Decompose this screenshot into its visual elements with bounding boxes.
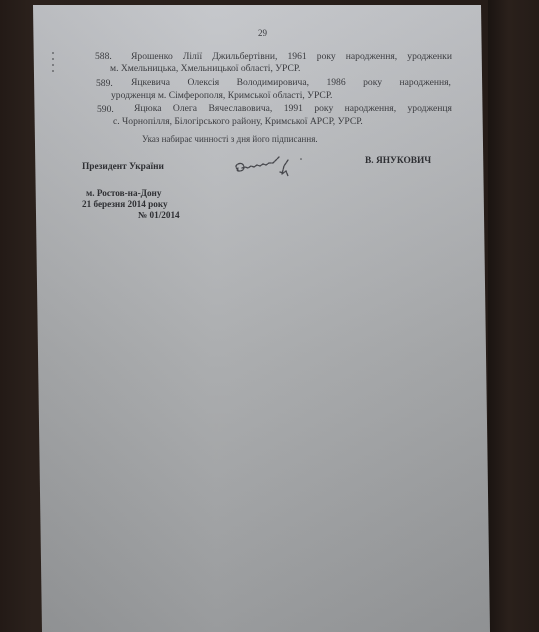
word: Володимировича, [237,78,309,88]
entry-line: Ярошенко Лілії Джильбертівни, 1961 року … [131,52,452,62]
signing-place: м. Ростов-на-Дону [86,189,161,198]
signatory-name: В. ЯНУКОВИЧ [365,157,431,166]
word: народження, [400,78,451,88]
background-dark-surface [488,0,539,632]
word: Джильбертівни, [212,52,277,62]
word: Олега [173,104,197,114]
decree-number: № 01/2014 [138,211,180,220]
margin-marks [52,52,55,76]
word: народження, [346,52,397,62]
word: Лілії [183,52,202,62]
effective-clause: Указ набирає чинності з дня його підписа… [142,135,318,144]
word: народження, [345,104,396,114]
word: 1991 [284,104,303,114]
handwritten-signature-icon [230,152,310,182]
signatory-title: Президент України [82,163,164,172]
entry-line: уродженця м. Сімферополя, Кримської обла… [111,91,332,101]
entry-number: 590. [97,105,114,115]
word: Ярошенко [131,52,173,62]
word: року [314,104,333,114]
word: Яцкевича [131,78,170,88]
word: 1986 [326,78,345,88]
entry-line: м. Хмельницька, Хмельницької області, УР… [110,64,300,74]
entry-number: 588. [95,52,112,62]
page-number: 29 [258,29,267,38]
word: уродженця [408,104,452,114]
entry-line: Яцюка Олега Вячеславовича, 1991 року нар… [134,104,452,114]
entry-line: с. Чорнопілля, Білогірського району, Кри… [113,117,363,127]
entry-line: Яцкевича Олексія Володимировича, 1986 ро… [131,78,451,88]
word: Яцюка [134,104,161,114]
word: Вячеславовича, [208,104,272,114]
word: року [317,52,336,62]
signing-date: 21 березня 2014 року [82,200,168,209]
word: уродженки [407,52,452,62]
word: року [363,78,382,88]
entry-number: 589. [96,79,113,89]
word: 1961 [288,52,307,62]
word: Олексія [187,78,219,88]
